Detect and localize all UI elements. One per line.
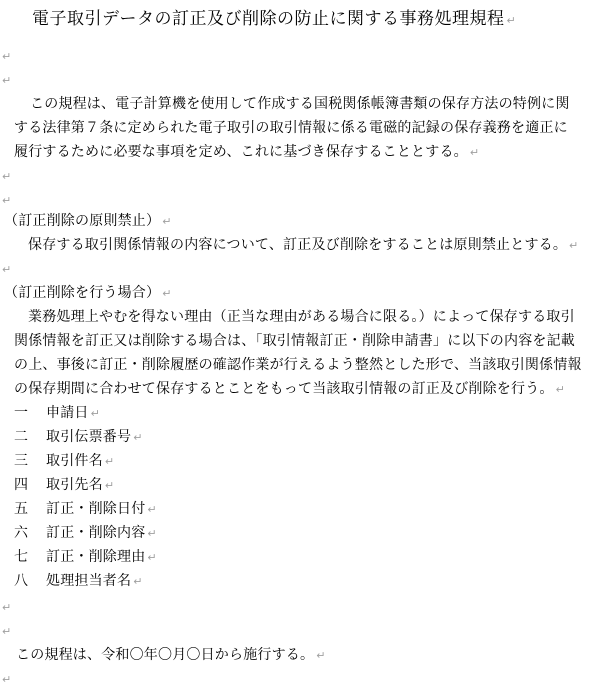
item-number: 一 <box>14 403 46 423</box>
item-label: 処理担当者名 <box>46 573 131 589</box>
item-label: 訂正・削除理由 <box>46 549 145 565</box>
paragraph-mark-icon: ↵ <box>2 601 11 614</box>
paragraph-mark-icon: ↵ <box>147 527 156 540</box>
item-number: 五 <box>14 499 46 519</box>
paragraph-mark-icon: ↵ <box>569 239 578 252</box>
heading-text: （訂正削除の原則禁止） <box>4 213 160 229</box>
item-label: 取引伝票番号 <box>46 429 131 445</box>
list-item: 二取引伝票番号↵ <box>14 427 143 448</box>
paragraph-mark-icon: ↵ <box>162 287 171 300</box>
paragraph-mark-icon: ↵ <box>2 74 11 87</box>
blank-line: ↵ <box>0 597 11 618</box>
paragraph-mark-icon: ↵ <box>2 194 11 207</box>
paragraph-mark-icon: ↵ <box>2 673 11 685</box>
list-item: 八処理担当者名↵ <box>14 571 143 592</box>
section1-heading: （訂正削除の原則禁止）↵ <box>4 211 172 232</box>
item-number: 四 <box>14 475 46 495</box>
list-item: 一申請日↵ <box>14 403 100 424</box>
blank-line: ↵ <box>0 46 11 67</box>
paragraph-mark-icon: ↵ <box>2 263 11 276</box>
paragraph-mark-icon: ↵ <box>316 649 325 662</box>
intro-line-1: この規程は、電子計算機を使用して作成する国税関係帳簿書類の保存方法の特例に関 <box>30 94 570 114</box>
body-text: 保存する取引関係情報の内容について、訂正及び削除をすることは原則禁止とする。 <box>28 237 567 253</box>
intro-line-3: 履行するために必要な事項を定め、これに基づき保存することとする。↵ <box>14 142 479 163</box>
item-number: 六 <box>14 523 46 543</box>
item-label: 取引件名 <box>46 453 103 469</box>
list-item: 六訂正・削除内容↵ <box>14 523 157 544</box>
list-item: 五訂正・削除日付↵ <box>14 499 157 520</box>
intro-line-2: する法律第７条に定められた電子取引の取引情報に係る電磁的記録の保存義務を適正に <box>14 118 568 138</box>
paragraph-mark-icon: ↵ <box>147 551 156 564</box>
list-item: 七訂正・削除理由↵ <box>14 547 157 568</box>
document-title: 電子取引データの訂正及び削除の防止に関する事務処理規程↵ <box>32 9 516 31</box>
paragraph-mark-icon: ↵ <box>133 575 142 588</box>
effective-date-line: この規程は、令和〇年〇月〇日から施行する。↵ <box>16 645 326 666</box>
effective-text: この規程は、令和〇年〇月〇日から施行する。 <box>16 647 314 663</box>
item-number: 八 <box>14 571 46 591</box>
paragraph-mark-icon: ↵ <box>162 215 171 228</box>
heading-text: （訂正削除を行う場合） <box>4 285 160 301</box>
paragraph-mark-icon: ↵ <box>147 503 156 516</box>
paragraph-mark-icon: ↵ <box>91 407 100 420</box>
section1-body: 保存する取引関係情報の内容について、訂正及び削除をすることは原則禁止とする。↵ <box>28 235 578 256</box>
paragraph-mark-icon: ↵ <box>105 455 114 468</box>
paragraph-mark-icon: ↵ <box>2 625 11 638</box>
blank-line: ↵ <box>0 259 11 280</box>
section2-body-line-2: 関係情報を訂正又は削除する場合は、「取引情報訂正・削除申請書」に以下の内容を記載 <box>14 331 575 351</box>
blank-line: ↵ <box>0 166 11 187</box>
blank-line: ↵ <box>0 669 11 685</box>
item-label: 訂正・削除日付 <box>46 501 145 517</box>
list-item: 三取引件名↵ <box>14 451 114 472</box>
item-label: 申請日 <box>46 405 89 421</box>
blank-line: ↵ <box>0 621 11 642</box>
section2-body-line-1: 業務処理上やむを得ない理由（正当な理由がある場合に限る。）によって保存する取引 <box>28 307 575 327</box>
item-number: 二 <box>14 427 46 447</box>
paragraph-mark-icon: ↵ <box>133 431 142 444</box>
paragraph-mark-icon: ↵ <box>507 14 517 27</box>
intro-text: 履行するために必要な事項を定め、これに基づき保存することとする。 <box>14 144 468 160</box>
paragraph-mark-icon: ↵ <box>556 383 565 396</box>
item-label: 取引先名 <box>46 477 103 493</box>
section2-body-line-4: の保存期間に合わせて保存するとことをもって当該取引情報の訂正及び削除を行う。↵ <box>14 379 565 400</box>
blank-line: ↵ <box>0 70 11 91</box>
section2-body-line-3: の上、事後に訂正・削除履歴の確認作業が行えるよう整然とした形で、当該取引関係情報 <box>14 355 582 375</box>
blank-line: ↵ <box>0 190 11 211</box>
document-page: 電子取引データの訂正及び削除の防止に関する事務処理規程↵ ↵ ↵ この規程は、電… <box>0 0 604 685</box>
list-item: 四取引先名↵ <box>14 475 114 496</box>
paragraph-mark-icon: ↵ <box>105 479 114 492</box>
body-text: の保存期間に合わせて保存するとことをもって当該取引情報の訂正及び削除を行う。 <box>14 381 554 397</box>
item-label: 訂正・削除内容 <box>46 525 145 541</box>
item-number: 三 <box>14 451 46 471</box>
paragraph-mark-icon: ↵ <box>2 170 11 183</box>
item-number: 七 <box>14 547 46 567</box>
paragraph-mark-icon: ↵ <box>2 50 11 63</box>
section2-heading: （訂正削除を行う場合）↵ <box>4 283 172 304</box>
paragraph-mark-icon: ↵ <box>470 146 479 159</box>
title-text: 電子取引データの訂正及び削除の防止に関する事務処理規程 <box>32 9 505 29</box>
